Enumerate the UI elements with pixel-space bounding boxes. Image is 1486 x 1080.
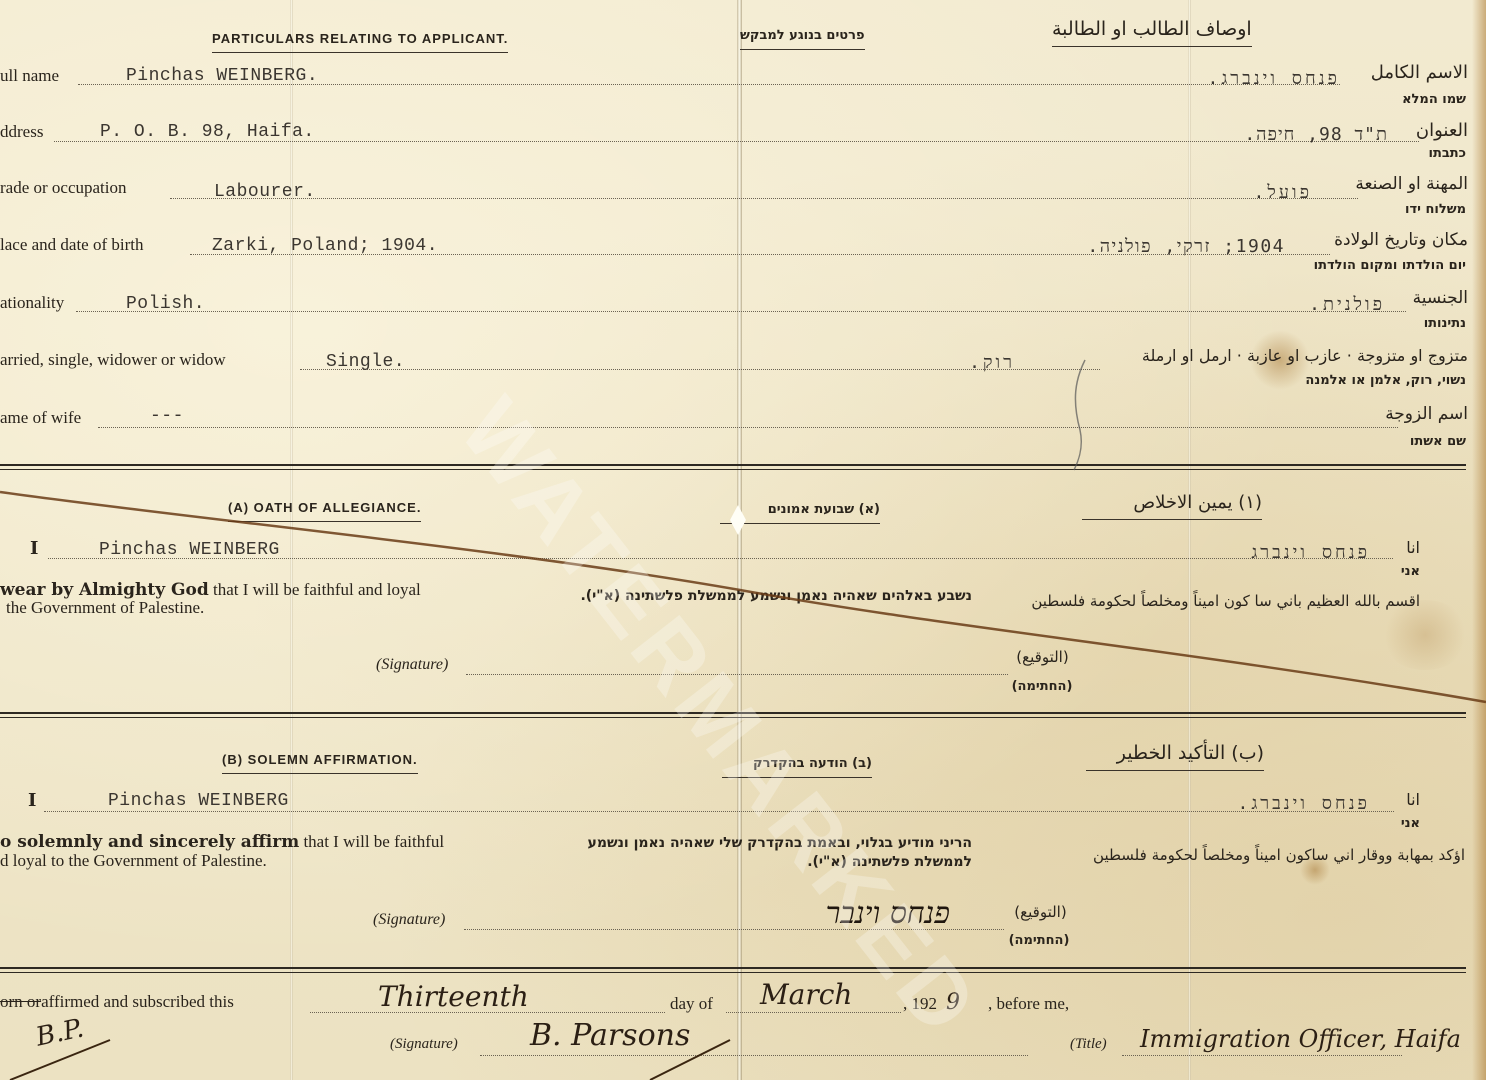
occupation-label: rade or occupation bbox=[0, 178, 127, 198]
title-label: (Title) bbox=[1070, 1036, 1107, 1053]
oath-text-en-line2: the Government of Palestine. bbox=[6, 598, 204, 618]
occupation-label-ar: المهنة او الصنعة bbox=[1355, 174, 1468, 194]
oath-heading-he: (א) שבועת אמונים bbox=[720, 502, 880, 524]
nationality-label-he: נתינותו bbox=[1424, 316, 1466, 331]
month-value: March bbox=[760, 978, 852, 1011]
before-me-label: , before me, bbox=[988, 994, 1069, 1014]
particulars-heading-en: PARTICULARS RELATING TO APPLICANT. bbox=[212, 31, 508, 53]
field-line bbox=[170, 198, 1358, 199]
full-name-value-he: פנחס וינברג. bbox=[1170, 68, 1340, 89]
affirmation-name-he: פנחס וינברג. bbox=[1205, 793, 1370, 814]
address-label-he: כתבתו bbox=[1428, 146, 1466, 161]
birth-label: lace and date of birth bbox=[0, 235, 144, 255]
oath-pronoun-he: אני bbox=[1401, 564, 1420, 579]
oath-heading-ar: (١) يمين الاخلاص bbox=[1082, 492, 1262, 520]
oath-pronoun-ar: انا bbox=[1406, 538, 1420, 557]
wife-label: ame of wife bbox=[0, 408, 81, 428]
marital-label-ar: متزوج او متزوجة · عازب او عازبة · ارمل ا… bbox=[1142, 346, 1468, 365]
address-value-he: ת"ד 98, חיפה. bbox=[1200, 124, 1388, 145]
nationality-value-he: פולנית. bbox=[1280, 294, 1385, 315]
affirmation-text-rest: that I will be faithful bbox=[299, 832, 444, 851]
full-name-label-ar: الاسم الكامل bbox=[1371, 62, 1468, 83]
affirmation-heading-ar: (ب) التأكيد الخطير bbox=[1086, 742, 1264, 771]
oath-signature-line[interactable] bbox=[466, 674, 1008, 675]
affirmation-text-en-line2: d loyal to the Government of Palestine. bbox=[0, 851, 267, 871]
field-line bbox=[44, 811, 1394, 812]
full-name-value: Pinchas WEINBERG. bbox=[126, 66, 318, 86]
affirmation-text-en: o solemnly and sincerely affirm that I w… bbox=[0, 832, 444, 852]
stain bbox=[1380, 600, 1470, 670]
sworn-text: orn oraffirmed and subscribed this bbox=[0, 992, 234, 1012]
occupation-value: Labourer. bbox=[214, 182, 316, 202]
sworn-rest: affirmed and subscribed this bbox=[41, 992, 234, 1011]
oath-name: Pinchas WEINBERG bbox=[99, 540, 280, 560]
affirmation-pronoun-ar: انا bbox=[1406, 790, 1420, 809]
birth-label-ar: مكان وتاريخ الولادة bbox=[1334, 230, 1468, 250]
affirmation-heading-en: (B) SOLEMN AFFIRMATION. bbox=[222, 752, 418, 774]
oath-signature-label: (Signature) bbox=[376, 656, 448, 674]
section-divider bbox=[0, 464, 1466, 470]
particulars-heading-ar: اوصاف الطالب او الطالبة bbox=[1052, 18, 1252, 47]
oath-name-he: פנחס וינברג bbox=[1210, 542, 1370, 563]
marital-value-he: רוק. bbox=[955, 352, 1015, 373]
affirmation-pronoun-he: אני bbox=[1401, 816, 1420, 831]
year-value: 9 bbox=[946, 990, 960, 1015]
full-name-label-he: שמו המלא bbox=[1402, 92, 1466, 107]
year-prefix: , 192 bbox=[903, 994, 937, 1014]
birth-label-he: יום הולדתו ומקום הולדתו bbox=[1314, 258, 1466, 273]
marital-label: arried, single, widower or widow bbox=[0, 350, 226, 370]
title-line[interactable] bbox=[1122, 1055, 1402, 1056]
wife-value: --- bbox=[150, 406, 184, 426]
affirmation-pronoun: I bbox=[28, 790, 36, 811]
oath-heading-en: (A) OATH OF ALLEGIANCE. bbox=[228, 500, 421, 522]
address-label-ar: العنوان bbox=[1416, 120, 1468, 141]
occupation-label-he: משלוח ידו bbox=[1405, 202, 1466, 217]
affirmation-heading-he: (ב) הודעה בהקדרק bbox=[722, 756, 872, 778]
officer-signature-value: B. Parsons bbox=[530, 1018, 690, 1053]
affirmation-text-bold: o solemnly and sincerely affirm bbox=[0, 832, 299, 852]
field-line bbox=[98, 427, 1398, 428]
birth-value-he: 1904; זרקי, פולניה. bbox=[1010, 236, 1285, 257]
day-value: Thirteenth bbox=[378, 980, 529, 1013]
paper-center-fold bbox=[737, 0, 742, 1080]
month-line[interactable] bbox=[726, 1012, 901, 1013]
paper-edge bbox=[1472, 0, 1486, 1080]
affirmation-signature-label-he: (החתימה) bbox=[1004, 933, 1074, 948]
oath-text-rest: that I will be faithful and loyal bbox=[209, 580, 421, 599]
marital-value: Single. bbox=[326, 352, 405, 372]
paper-fold bbox=[290, 0, 293, 1080]
occupation-value-he: פועל. bbox=[1230, 182, 1312, 203]
oath-text-en: wear by Almighty God that I will be fait… bbox=[0, 580, 421, 600]
day-of-label: day of bbox=[670, 994, 713, 1014]
address-value: P. O. B. 98, Haifa. bbox=[100, 122, 315, 142]
address-label: ddress bbox=[0, 122, 43, 142]
oath-signature-label-he: (החתימה) bbox=[1008, 679, 1076, 694]
nationality-label: ationality bbox=[0, 293, 64, 313]
marital-label-he: נשוי, רוק, אלמן או אלמנה bbox=[1305, 373, 1466, 388]
birth-value: Zarki, Poland; 1904. bbox=[212, 236, 438, 256]
affirmation-signature-value: פנחס וינבר bbox=[770, 896, 950, 931]
oath-text-ar: اقسم بالله العظيم باني سا كون اميناً ومخ… bbox=[1060, 592, 1420, 610]
title-value: Immigration Officer, Haifa bbox=[1140, 1025, 1461, 1053]
nationality-value: Polish. bbox=[126, 294, 205, 314]
watermark: WATERMARKED bbox=[439, 380, 1000, 1057]
affirmation-name: Pinchas WEINBERG bbox=[108, 791, 289, 811]
paper-fold bbox=[1188, 0, 1191, 1080]
particulars-heading-he: פרטים בנוגע למבקש bbox=[740, 28, 865, 50]
affirmation-signature-label-ar: (التوقيع) bbox=[1008, 903, 1073, 921]
affirmation-text-ar: اؤكد بمهابة ووقار اني ساكون اميناً ومخلص… bbox=[1060, 846, 1465, 864]
oath-signature-label-ar: (التوقيع) bbox=[1010, 648, 1075, 666]
officer-signature-label: (Signature) bbox=[390, 1036, 458, 1053]
section-divider bbox=[0, 967, 1466, 973]
oath-text-bold: wear by Almighty God bbox=[0, 580, 209, 600]
section-divider bbox=[0, 712, 1466, 718]
sworn-struck: orn or bbox=[0, 992, 41, 1011]
wife-label-ar: اسم الزوجة bbox=[1385, 404, 1468, 424]
initials: B.P. bbox=[33, 1013, 86, 1052]
field-line bbox=[76, 311, 1406, 312]
affirmation-text-he-line1: הריני מודיע בגלוי, ובאמת בהקדרק שלי שאהי… bbox=[562, 835, 972, 851]
wife-label-he: שם אשתו bbox=[1410, 434, 1466, 449]
officer-signature-line[interactable] bbox=[480, 1055, 1028, 1056]
nationality-label-ar: الجنسية bbox=[1413, 288, 1468, 308]
oath-pronoun: I bbox=[30, 538, 38, 559]
affirmation-signature-label: (Signature) bbox=[373, 911, 445, 929]
full-name-label: ull name bbox=[0, 66, 59, 86]
affirmation-text-he-line2: לממשלת פלשתינה (א"י). bbox=[562, 854, 972, 870]
oath-text-he: נשבע באלהים שאהיה נאמן ונשמע לממשלת פלשת… bbox=[562, 588, 972, 604]
